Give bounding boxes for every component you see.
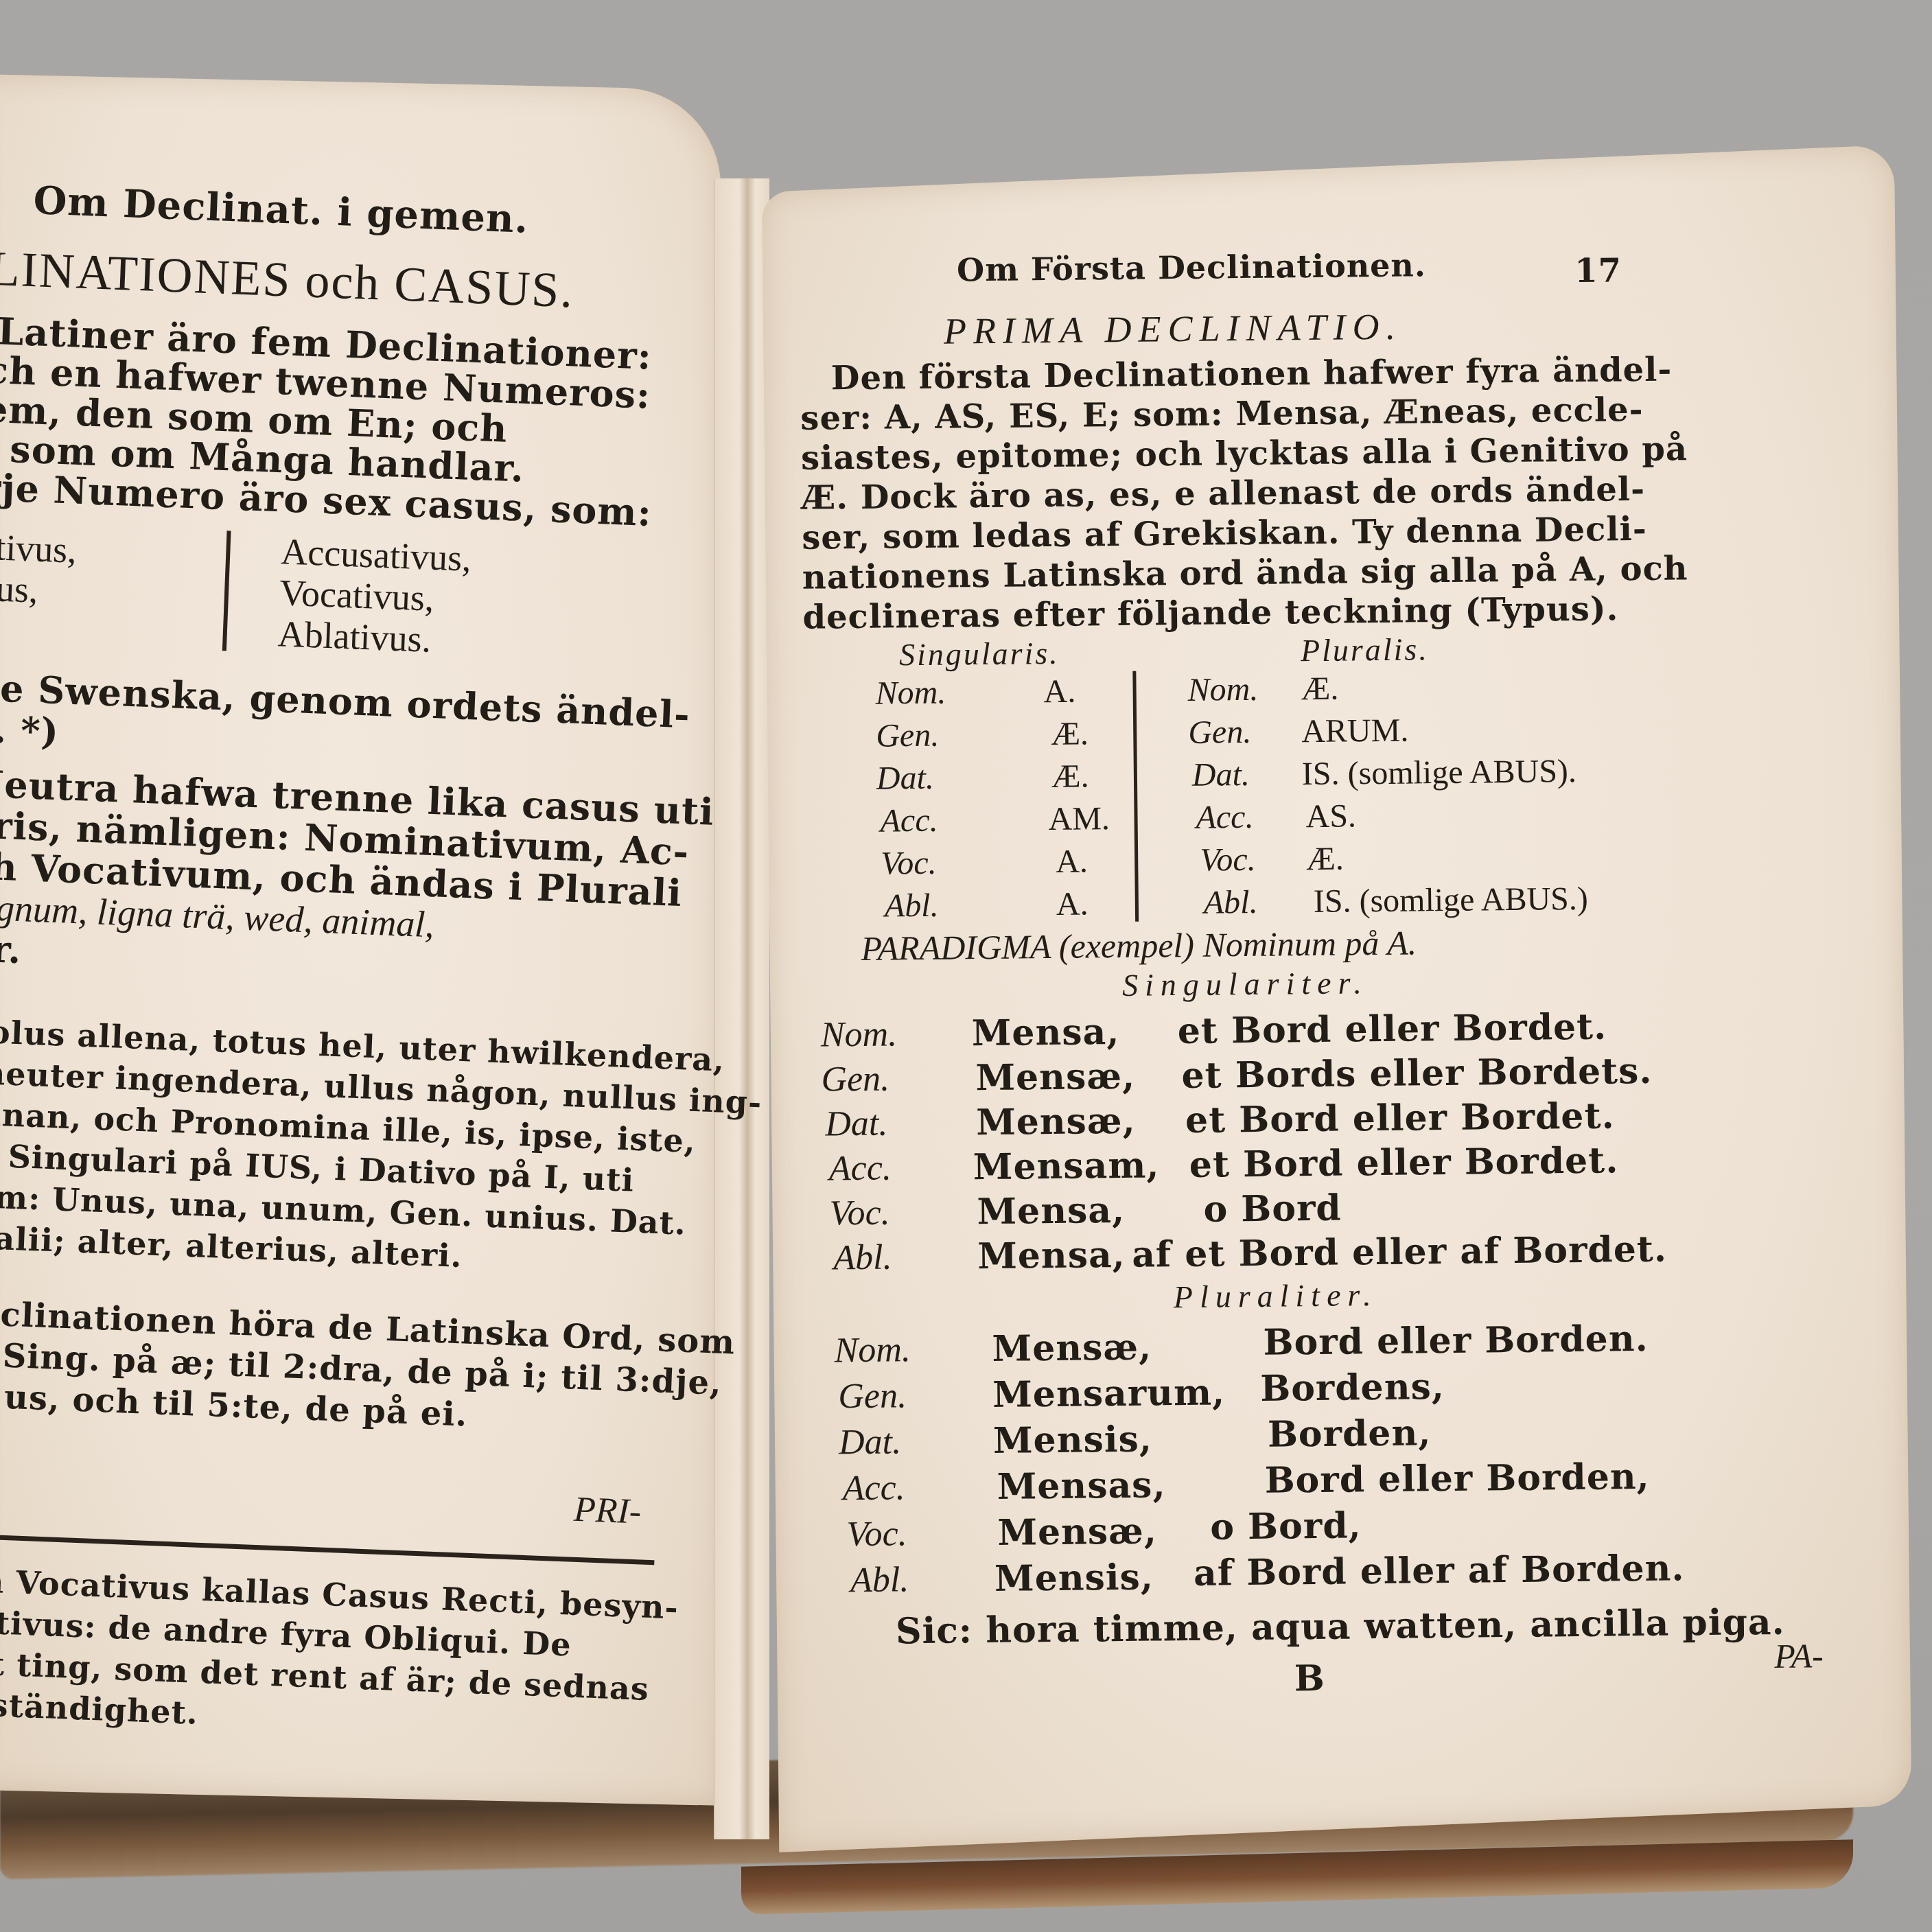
typus-case: Voc. bbox=[881, 847, 937, 881]
case-name: Vocativus, bbox=[279, 574, 434, 617]
paradigm-swedish: Bordens, bbox=[1260, 1369, 1445, 1407]
paradigm-swedish: o Bord bbox=[1203, 1191, 1342, 1228]
typus-case: Abl. bbox=[1204, 886, 1258, 920]
typus-case: Gen. bbox=[876, 719, 939, 753]
signature-mark: B bbox=[1294, 1661, 1325, 1697]
paradigm-case: Acc. bbox=[829, 1150, 892, 1187]
paradigm-latin: Mensas, bbox=[997, 1467, 1165, 1505]
paradigm-case: Nom. bbox=[834, 1332, 911, 1369]
intro-line: ser, som ledas af Grekiskan. Ty denna De… bbox=[802, 513, 1647, 555]
paradigm-case: Gen. bbox=[821, 1062, 889, 1098]
case-name: ativus, bbox=[0, 528, 78, 568]
paradigm-latin: Mensa, bbox=[977, 1193, 1125, 1230]
typus-case: Acc. bbox=[1196, 801, 1253, 835]
paradigm-latin: Mensam, bbox=[973, 1148, 1160, 1185]
paradigm-case: Dat. bbox=[839, 1424, 902, 1460]
typus-sing: AM. bbox=[1048, 802, 1110, 836]
paradigm-latin: Mensa, bbox=[977, 1237, 1126, 1275]
typus-sing: A. bbox=[1043, 675, 1075, 708]
intro-line: siastes, epitome; och lycktas alla i Gen… bbox=[801, 432, 1688, 475]
paradigm-case: Gen. bbox=[838, 1378, 907, 1415]
paradigm-case: Abl. bbox=[850, 1562, 909, 1598]
case-name: Ablativus. bbox=[277, 615, 432, 658]
paradigm-latin: Mensæ, bbox=[976, 1104, 1136, 1141]
paradigm-case: Dat. bbox=[825, 1106, 888, 1143]
typus-plur: Æ. bbox=[1301, 673, 1338, 706]
paradigm-swedish: et Bords eller Bordets. bbox=[1181, 1054, 1653, 1094]
paradigm-latin: Mensis, bbox=[993, 1422, 1152, 1459]
paradigm-swedish: Bord eller Borden. bbox=[1263, 1321, 1649, 1361]
typus-case: Dat. bbox=[876, 762, 934, 795]
typus-case: Gen. bbox=[1188, 716, 1251, 749]
paradigm-swedish: Borden, bbox=[1268, 1415, 1432, 1452]
typus-case: Acc. bbox=[880, 804, 938, 838]
paradigm-case: Acc. bbox=[843, 1470, 905, 1506]
sic-line: Sic: hora timme, aqua watten, ancilla pi… bbox=[896, 1605, 1785, 1650]
case-name: Accusativus, bbox=[280, 533, 472, 577]
intro-line: nationens Latinska ord ända sig alla på … bbox=[802, 552, 1688, 594]
paradigm-swedish: Bord eller Borden, bbox=[1264, 1459, 1650, 1499]
typus-case: Nom. bbox=[875, 677, 946, 710]
left-line: ur. bbox=[0, 929, 22, 968]
pluralis-label: Pluralis. bbox=[1301, 633, 1429, 666]
paradigm-swedish: af et Bord eller af Bordet. bbox=[1132, 1232, 1667, 1273]
paradigm-swedish: et Bord eller Bordet. bbox=[1189, 1143, 1619, 1183]
typus-plur: Æ. bbox=[1306, 843, 1344, 876]
paradigm-latin: Mensæ, bbox=[975, 1059, 1135, 1096]
typus-case: Nom. bbox=[1187, 673, 1258, 707]
paradigm-swedish: et Bord eller Bordet. bbox=[1178, 1010, 1607, 1050]
typus-case: Abl. bbox=[885, 889, 939, 923]
paradigm-swedish: o Bord, bbox=[1210, 1508, 1362, 1545]
typus-case: Voc. bbox=[1200, 843, 1256, 877]
intro-line: declineras efter följande teckning (Typu… bbox=[802, 592, 1618, 633]
paradigm-swedish: af Bord eller af Borden. bbox=[1194, 1550, 1685, 1591]
intro-line: Den första Declinationen hafwer fyra änd… bbox=[831, 353, 1673, 395]
paradigm-case: Nom. bbox=[821, 1016, 898, 1053]
right-catchword: PA- bbox=[1774, 1638, 1824, 1673]
left-line: s. *) bbox=[0, 710, 60, 750]
intro-line: ser: A, AS, ES, E; som: Mensa, Æneas, ec… bbox=[800, 393, 1644, 435]
book-gutter bbox=[714, 178, 769, 1839]
intro-line: Æ. Dock äro as, es, e allenast de ords ä… bbox=[801, 473, 1645, 515]
paradigma-title: PARADIGMA (exempel) Nominum på A. bbox=[861, 925, 1417, 965]
paradigm-latin: Mensæ, bbox=[997, 1513, 1157, 1550]
paradigm-latin: Mensis, bbox=[994, 1560, 1154, 1597]
typus-plur: ARUM. bbox=[1301, 714, 1409, 749]
typus-plur: IS. (somlige ABUS). bbox=[1302, 755, 1577, 791]
paradigm-case: Voc. bbox=[846, 1516, 907, 1552]
typus-case: Dat. bbox=[1192, 758, 1250, 792]
typus-plur: AS. bbox=[1305, 800, 1356, 833]
paradigm-latin: Mensæ, bbox=[992, 1330, 1152, 1367]
paradigm-case: Voc. bbox=[829, 1196, 890, 1232]
footnote-line: omständighet. bbox=[0, 1687, 199, 1729]
typus-sing: Æ. bbox=[1051, 717, 1089, 751]
typus-sing: A. bbox=[1056, 887, 1089, 920]
book-photo: Om Declinat. i gemen. LINATIONES och CAS… bbox=[0, 0, 1932, 1932]
paradigm-latin: Mensarum, bbox=[992, 1375, 1225, 1413]
case-name: vus, bbox=[0, 569, 39, 608]
paradigm-swedish: et Bord eller Bordet. bbox=[1185, 1098, 1615, 1139]
declension-title: PRIMA DECLINATIO. bbox=[944, 308, 1403, 350]
singulariter-label: Singulariter. bbox=[1122, 967, 1369, 1001]
page-number: 17 bbox=[1574, 254, 1622, 288]
left-catchword: PRI- bbox=[573, 1492, 642, 1531]
paradigm-case: Abl. bbox=[833, 1239, 892, 1276]
typus-sing: A. bbox=[1056, 845, 1088, 878]
singularis-label: Singularis. bbox=[899, 638, 1060, 671]
typus-sing: Æ. bbox=[1051, 760, 1089, 793]
typus-plur: IS. (somlige ABUS.) bbox=[1314, 883, 1589, 918]
paradigm-latin: Mensa, bbox=[972, 1014, 1120, 1051]
pluraliter-label: Pluraliter. bbox=[1174, 1279, 1378, 1313]
right-running-head: Om Första Declinationen. bbox=[957, 249, 1426, 286]
